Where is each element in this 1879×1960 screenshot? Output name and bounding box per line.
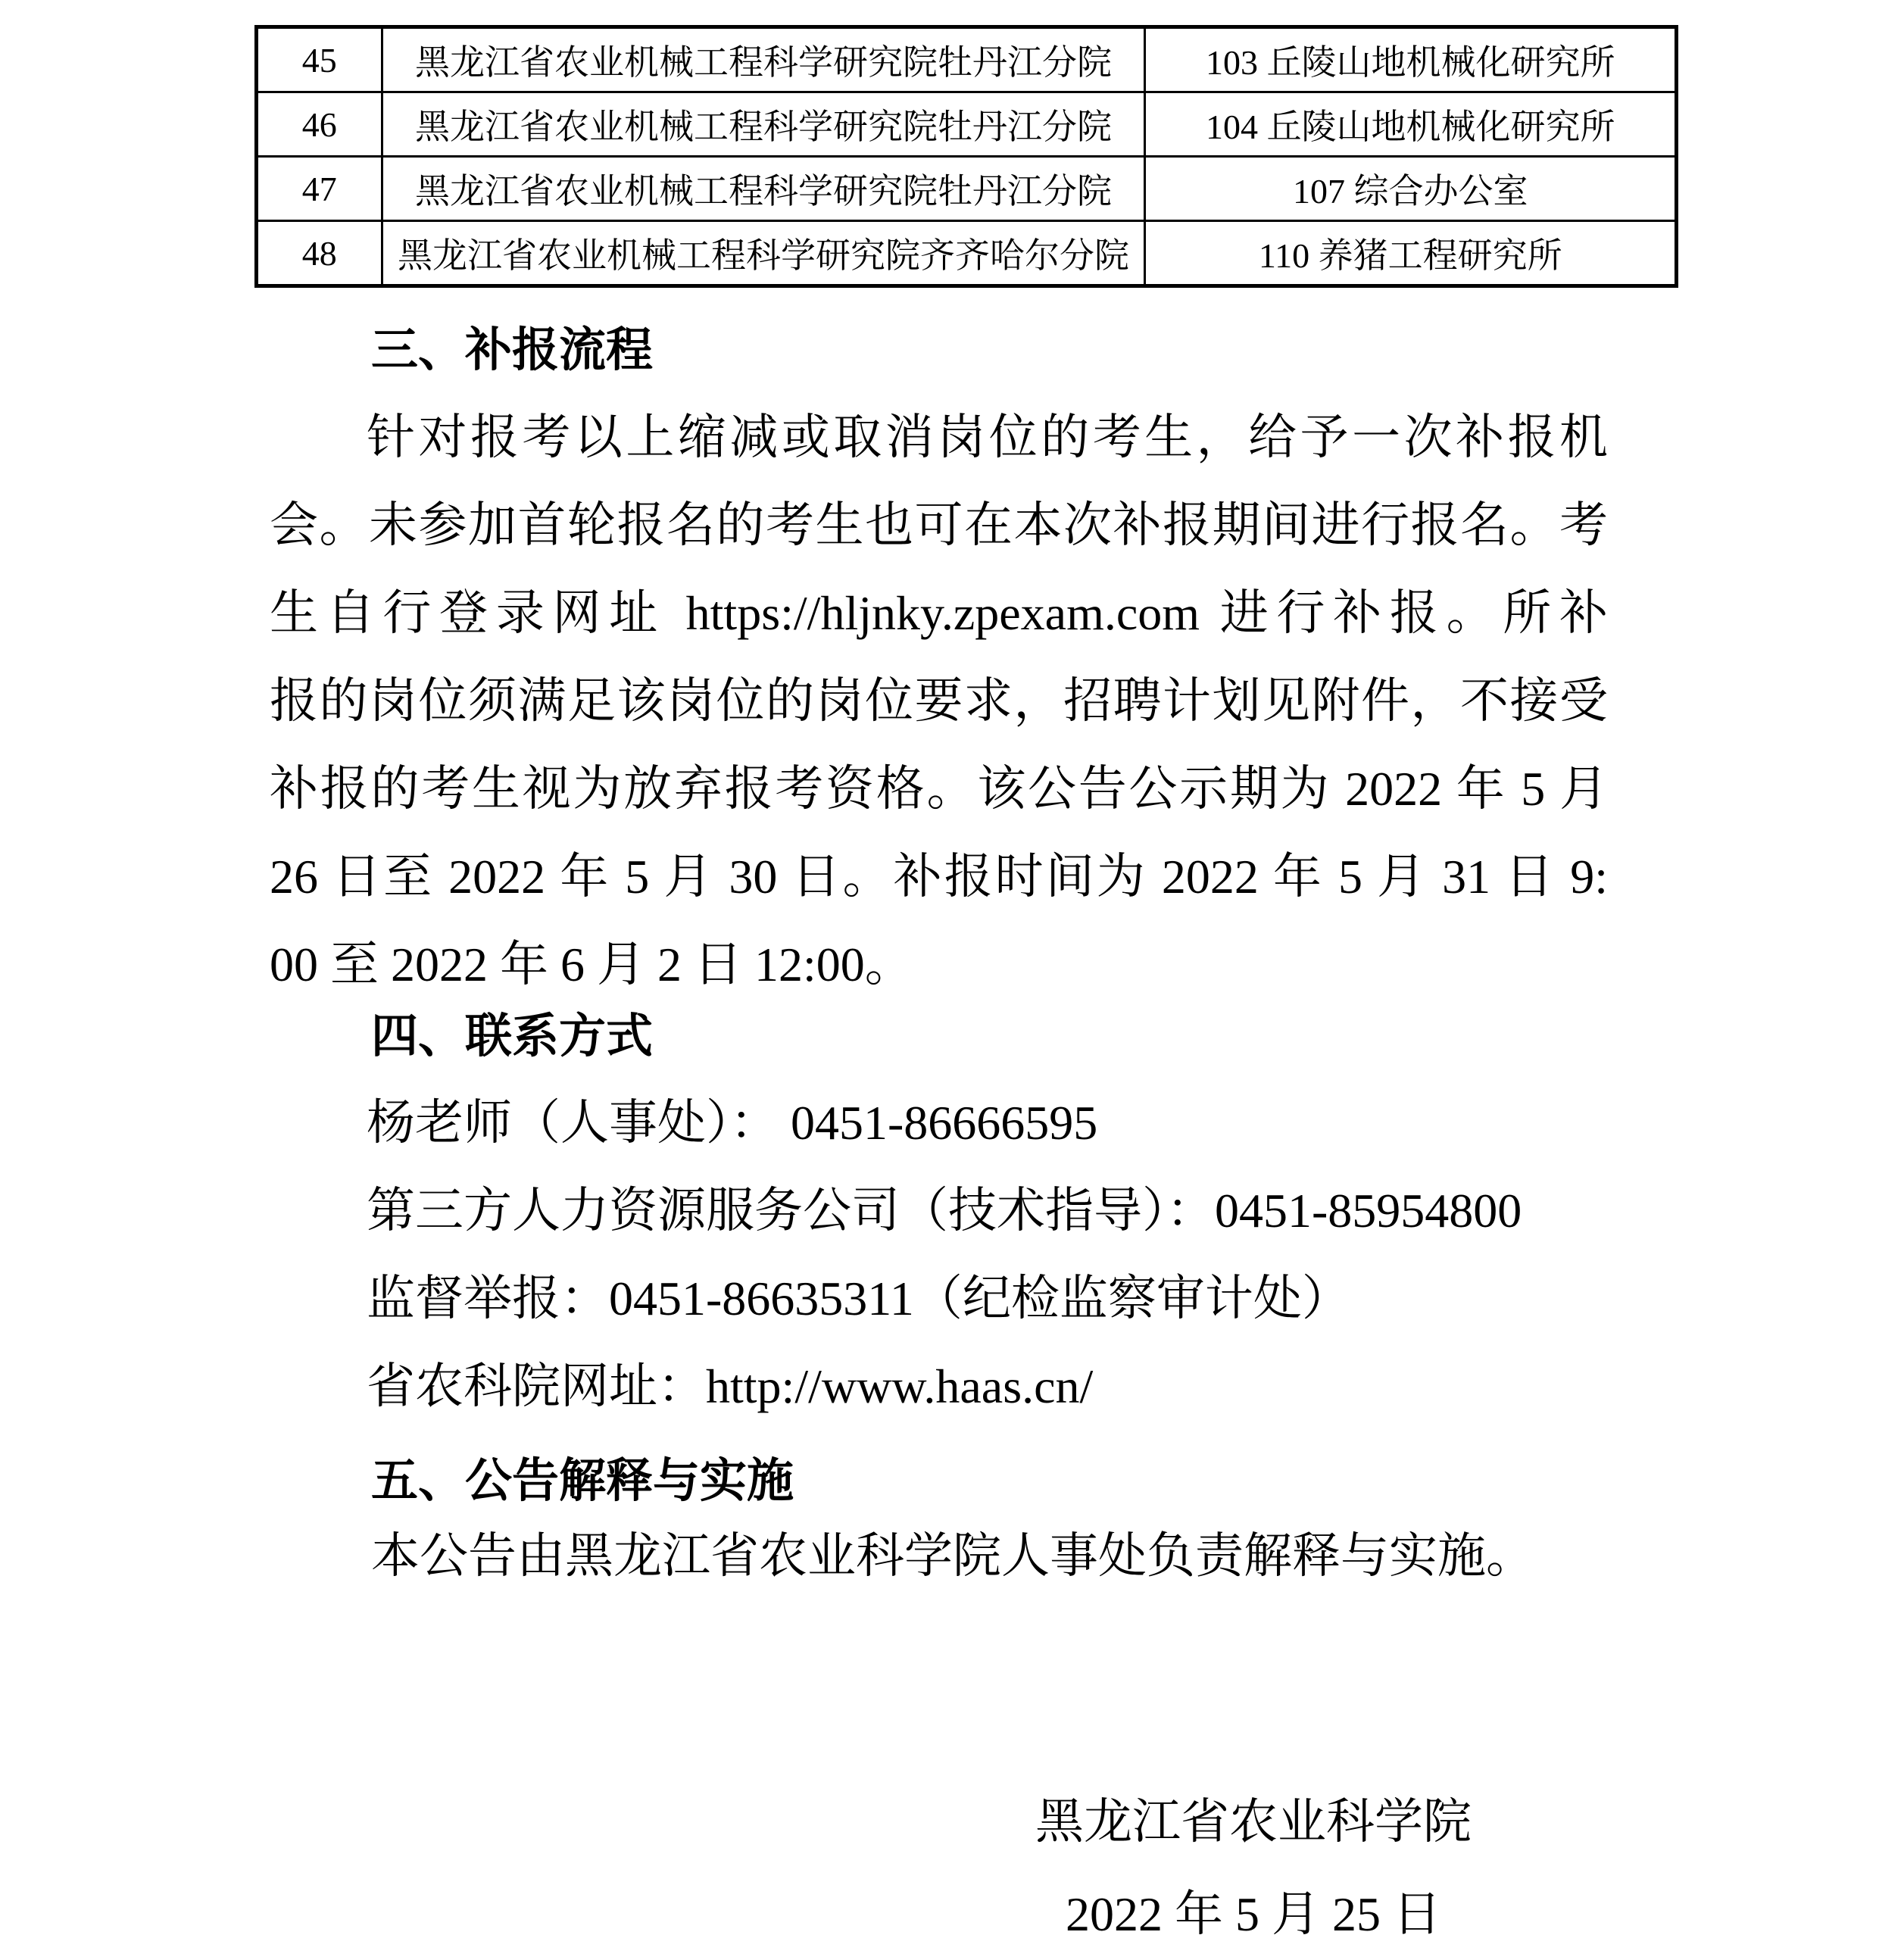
department-cell: 107 综合办公室 xyxy=(1145,157,1677,221)
institution-cell: 黑龙江省农业机械工程科学研究院牡丹江分院 xyxy=(382,27,1145,92)
paragraph-line: 26 日至 2022 年 5 月 30 日。补报时间为 2022 年 5 月 3… xyxy=(270,833,1608,921)
table-row: 47 黑龙江省农业机械工程科学研究院牡丹江分院 107 综合办公室 xyxy=(257,157,1677,221)
signature-date: 2022 年 5 月 25 日 xyxy=(757,1868,1749,1960)
institution-cell: 黑龙江省农业机械工程科学研究院牡丹江分院 xyxy=(382,92,1145,157)
contact-line-website: 省农科院网址：http://www.haas.cn/ xyxy=(367,1343,1522,1431)
department-cell: 104 丘陵山地机械化研究所 xyxy=(1145,92,1677,157)
contact-line-tech-support: 第三方人力资源服务公司（技术指导）：0451-85954800 xyxy=(367,1167,1522,1255)
signature-org: 黑龙江省农业科学院 xyxy=(757,1776,1749,1868)
document-page: 45 黑龙江省农业机械工程科学研究院牡丹江分院 103 丘陵山地机械化研究所 4… xyxy=(0,0,1879,1960)
institution-cell: 黑龙江省农业机械工程科学研究院牡丹江分院 xyxy=(382,157,1145,221)
paragraph-line: 00 至 2022 年 6 月 2 日 12:00。 xyxy=(270,921,1608,1009)
supplement-paragraph: 针对报考以上缩减或取消岗位的考生，给予一次补报机 会。未参加首轮报名的考生也可在… xyxy=(270,394,1608,1009)
positions-table: 45 黑龙江省农业机械工程科学研究院牡丹江分院 103 丘陵山地机械化研究所 4… xyxy=(254,25,1678,288)
institution-cell: 黑龙江省农业机械工程科学研究院齐齐哈尔分院 xyxy=(382,221,1145,286)
table-row: 45 黑龙江省农业机械工程科学研究院牡丹江分院 103 丘陵山地机械化研究所 xyxy=(257,27,1677,92)
paragraph-line: 报的岗位须满足该岗位的岗位要求，招聘计划见附件，不接受 xyxy=(270,657,1608,745)
table-row: 48 黑龙江省农业机械工程科学研究院齐齐哈尔分院 110 养猪工程研究所 xyxy=(257,221,1677,286)
paragraph-line: 生自行登录网址 https://hljnky.zpexam.com 进行补报。所… xyxy=(270,570,1608,657)
department-cell: 103 丘陵山地机械化研究所 xyxy=(1145,27,1677,92)
section-heading-contact: 四、联系方式 xyxy=(371,998,653,1066)
signature-block: 黑龙江省农业科学院 2022 年 5 月 25 日 xyxy=(757,1776,1749,1960)
serial-cell: 48 xyxy=(257,221,382,286)
paragraph-line: 会。未参加首轮报名的考生也可在本次补报期间进行报名。考 xyxy=(270,482,1608,570)
contact-line-supervision: 监督举报：0451-86635311（纪检监察审计处） xyxy=(367,1255,1522,1343)
department-cell: 110 养猪工程研究所 xyxy=(1145,221,1677,286)
paragraph-line: 针对报考以上缩减或取消岗位的考生，给予一次补报机 xyxy=(270,394,1608,482)
serial-cell: 45 xyxy=(257,27,382,92)
section-heading-supplement: 三、补报流程 xyxy=(371,312,653,379)
contact-list: 杨老师（人事处）： 0451-86666595 第三方人力资源服务公司（技术指导… xyxy=(367,1079,1522,1431)
paragraph-line: 补报的考生视为放弃报考资格。该公告公示期为 2022 年 5 月 xyxy=(270,745,1608,833)
contact-line-hr-phone: 杨老师（人事处）： 0451-86666595 xyxy=(367,1079,1522,1167)
serial-cell: 46 xyxy=(257,92,382,157)
table-row: 46 黑龙江省农业机械工程科学研究院牡丹江分院 104 丘陵山地机械化研究所 xyxy=(257,92,1677,157)
section-heading-interpretation: 五、公告解释与实施 xyxy=(371,1443,794,1510)
interpretation-statement: 本公告由黑龙江省农业科学院人事处负责解释与实施。 xyxy=(371,1517,1534,1587)
serial-cell: 47 xyxy=(257,157,382,221)
